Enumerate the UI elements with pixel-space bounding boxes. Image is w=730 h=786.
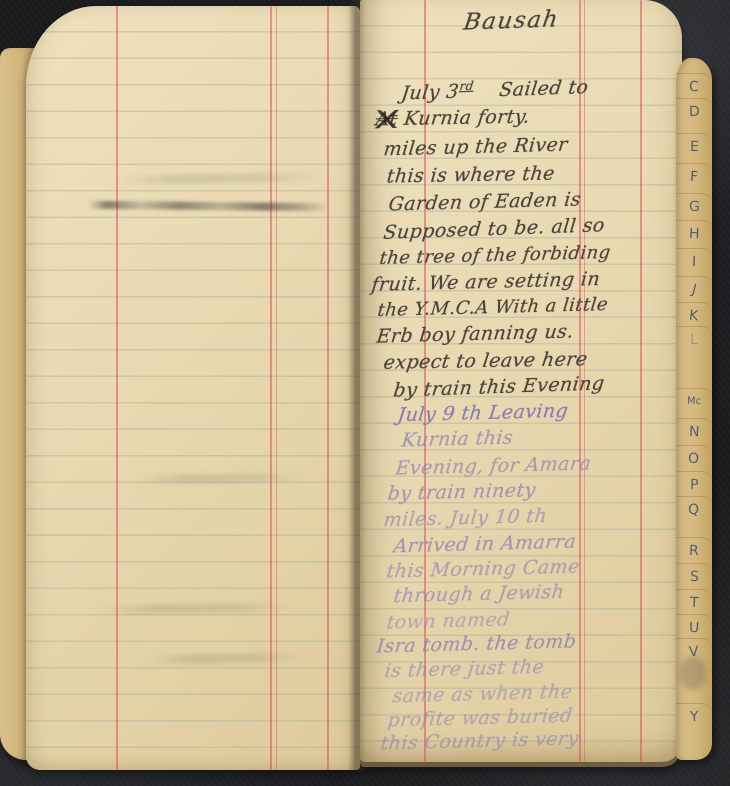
handwriting-line: miles up the River: [382, 134, 569, 161]
left-page: [26, 6, 360, 770]
handwriting-line: same as when the: [391, 681, 573, 708]
right-page-margin-line-3: [640, 0, 642, 762]
page-gutter: [348, 0, 366, 770]
index-tab-r: R: [676, 537, 712, 563]
showthrough-mark: [116, 172, 326, 185]
tab-letter: C: [689, 78, 699, 94]
showthrough-mark: [146, 653, 306, 665]
right-page: Bausah July 3rdSailed to At Kurnia forty…: [360, 0, 682, 762]
tab-letter: Y: [689, 708, 698, 724]
tab-letter: I: [692, 253, 697, 269]
handwriting-line: Erb boy fanning us.: [375, 320, 575, 347]
handwriting-line: July 9 th Leaving: [396, 400, 569, 426]
handwriting-line: the tree of the forbiding: [378, 242, 611, 269]
index-tab-e: E: [676, 133, 712, 159]
tab-letter: J: [690, 281, 698, 298]
thumb-index-strip: C D E F G H I J K L Mc N O P Q R S T U V…: [676, 58, 712, 760]
handwriting-line: Garden of Eaden is: [387, 188, 582, 215]
index-tab-q: Q: [676, 496, 712, 522]
handwriting-line: Evening, for Amara: [394, 452, 592, 479]
handwriting-line: the Y.M.C.A With a little: [376, 294, 609, 321]
index-tab-h: H: [676, 220, 712, 246]
worn-tab-area: [680, 656, 706, 690]
handwriting-line: expect to leave here: [382, 348, 589, 374]
index-tab-n: N: [676, 418, 712, 444]
tab-letter: R: [689, 542, 699, 558]
index-tab-p: P: [676, 471, 712, 497]
showthrough-mark: [96, 602, 296, 614]
tab-letter: F: [689, 168, 698, 185]
index-tab-o: O: [676, 445, 712, 471]
index-tab-c: C: [676, 73, 712, 99]
tab-letter: L: [690, 331, 698, 347]
tab-letter: U: [689, 619, 700, 635]
handwriting-line: At Kurnia forty.: [374, 106, 531, 131]
line-text: Kurnia forty.: [403, 106, 531, 130]
spacer: [472, 96, 498, 97]
handwriting-line: Isra tomb. the tomb: [375, 630, 577, 657]
line-text: Sailed to: [498, 76, 590, 101]
ink-smudge: [88, 201, 330, 212]
handwriting-line: miles. July 10 th: [382, 505, 548, 531]
handwriting-line: Supposed to be. all so: [382, 214, 606, 244]
index-tab-d: D: [676, 98, 712, 124]
tab-letter: Q: [688, 501, 700, 517]
tab-letter: K: [689, 307, 700, 324]
date-text: July 3: [400, 81, 460, 105]
index-tab-f: F: [676, 163, 712, 189]
tab-letter: S: [689, 568, 698, 584]
tab-letter: D: [688, 103, 699, 119]
handwriting-line: July 3rdSailed to: [400, 75, 590, 105]
handwriting-line: through a Jewish: [392, 581, 565, 607]
handwriting-line: town named: [386, 608, 512, 633]
tab-letter: T: [689, 594, 698, 610]
tab-letter: E: [689, 138, 698, 154]
date-ordinal: rd: [459, 79, 475, 93]
page-heading: Bausah: [462, 6, 561, 35]
handwriting-line: this Morning Came: [385, 555, 581, 582]
tab-letter: N: [688, 423, 699, 439]
showthrough-mark: [136, 473, 306, 485]
index-tab-i: I: [676, 248, 712, 274]
index-tab-j: J: [676, 276, 712, 302]
left-page-margin-line-1: [116, 6, 118, 770]
index-tab-g: G: [676, 193, 712, 219]
handwriting-line: is there just the: [383, 656, 545, 682]
index-tab-mc: Mc: [676, 388, 712, 414]
handwriting-line: Kurnia this: [401, 427, 515, 452]
index-tab-y: Y: [676, 703, 712, 729]
tab-letter: P: [689, 476, 698, 492]
handwriting-line: Arrived in Amarra: [392, 531, 577, 558]
left-page-margin-line-3: [327, 6, 329, 770]
index-tab-k: K: [676, 302, 712, 328]
index-tab-t: T: [676, 589, 712, 615]
index-tab-s: S: [676, 563, 712, 589]
scratched-word: At: [374, 108, 399, 130]
tab-letter: H: [688, 225, 699, 241]
handwriting-line: this is where the: [386, 163, 556, 188]
handwriting-line: by train ninety: [386, 479, 537, 505]
tab-letter: G: [688, 198, 699, 214]
tab-letter: O: [688, 450, 700, 466]
index-tab-u: U: [676, 614, 712, 640]
handwriting-line: this Country is very: [379, 727, 580, 754]
tab-letter: Mc: [687, 396, 702, 407]
handwriting-line: fruit. We are setting in: [370, 268, 601, 296]
index-tab-l: L: [676, 326, 712, 352]
